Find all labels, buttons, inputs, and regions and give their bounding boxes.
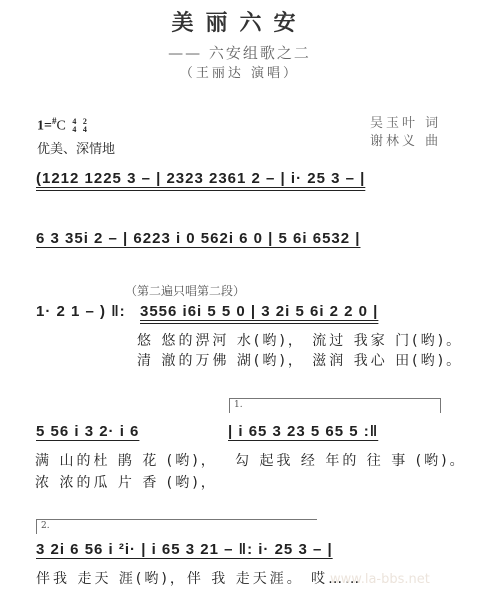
performance-note: （第二遍只唱第二段） <box>125 282 245 299</box>
score-line-3: 3556 i6i 5 5 0 | 3 2i 5 6i 2 2 0 | <box>140 303 378 320</box>
score-line-1: (1212 1225 3 – | 2323 2361 2 – | i· 25 3… <box>36 170 365 187</box>
key-note: C <box>56 119 65 134</box>
performer-credit: （王丽达 演唱） <box>0 62 479 81</box>
second-ending-bracket: 2. <box>36 519 317 534</box>
song-title: 美丽六安 <box>0 6 479 37</box>
composer-credit: 谢林义 曲 <box>370 130 441 149</box>
song-subtitle: —— 六安组歌之二 <box>0 42 479 63</box>
lyric-line-3-verse-1: 悠 悠的淠河 水(哟)， 流过 我家 门(哟)。 <box>137 330 463 350</box>
lyric-line-4-verse-1a: 满 山的杜 鹃 花 (哟)， <box>35 450 218 470</box>
score-line-4-a: 5 56 i 3 2· i 6 <box>36 423 139 440</box>
first-ending-bracket: 1. <box>229 398 441 413</box>
tempo-marking: 优美、深情地 <box>37 138 115 157</box>
time-signature-2: 24 <box>83 118 87 134</box>
score-line-4-b: | i 65 3 23 5 65 5 :‖ <box>228 423 378 440</box>
lyric-line-4-verse-2: 浓 浓的瓜 片 香 (哟)， <box>35 472 218 492</box>
lyric-line-3-verse-2: 清 澈的万佛 湖(哟)， 滋润 我心 田(哟)。 <box>137 350 463 370</box>
score-line-5: 3 2i 6 56 i ²i· | i 65 3 21 – ‖: i· 25 3… <box>36 541 333 558</box>
key-signature: 1=#C 44 24 <box>37 116 87 135</box>
watermark: www.la-bbs.net <box>330 572 430 587</box>
lyric-line-5: 伴我 走天 涯(哟)，伴 我 走天涯。 哎…… <box>36 568 362 588</box>
time-signature-1: 44 <box>72 118 76 134</box>
score-line-2: 6 3 35i 2 – | 6223 i 0 562i 6 0 | 5 6i 6… <box>36 230 360 247</box>
key-label: 1= <box>37 119 52 134</box>
lyricist-credit: 吴玉叶 词 <box>370 112 441 131</box>
lyric-line-4-verse-1b: 勾 起我 经 年的 往 事 (哟)。 <box>235 450 467 470</box>
score-line-3-intro: 1· 2 1 – ) ‖: <box>36 303 126 320</box>
